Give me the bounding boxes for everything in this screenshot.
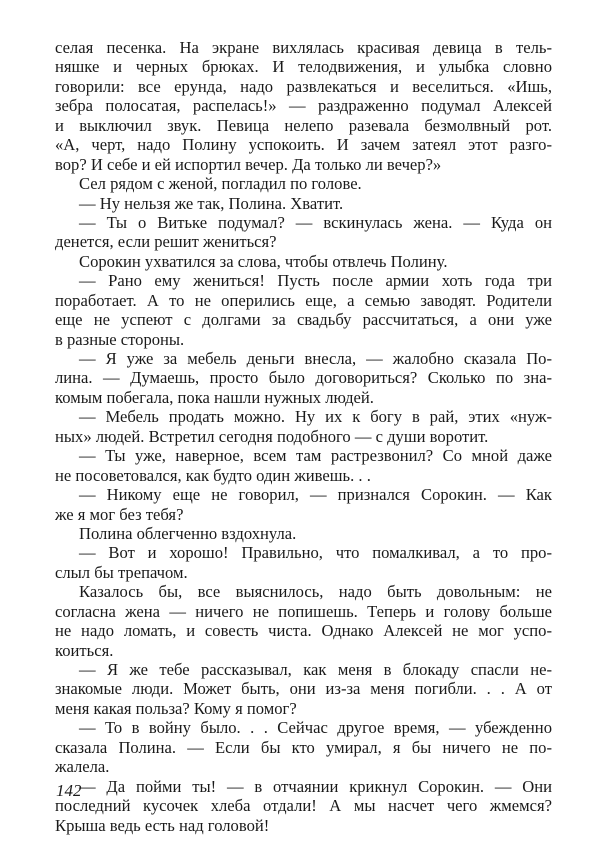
text-line: не надо ломать, и совесть чиста. Однако … <box>55 621 552 640</box>
text-line: говорили: все ерунда, надо развлекаться … <box>55 77 552 96</box>
text-line: — То в войну было. . . Сейчас другое вре… <box>55 718 552 737</box>
text-line: Сорокин ухватился за слова, чтобы отвлеч… <box>55 252 552 271</box>
text-line: Казалось бы, все выяснилось, надо быть д… <box>55 582 552 601</box>
text-line: — Мебель продать можно. Ну их к богу в р… <box>55 407 552 426</box>
text-line: вор? И себе и ей испортил вечер. Да толь… <box>55 155 552 174</box>
text-line: зебра полосатая, распелась!» — раздражен… <box>55 96 552 115</box>
text-line: — Рано ему жениться! Пусть после армии х… <box>55 271 552 290</box>
page-number: 142 <box>56 781 82 801</box>
text-line: же я мог без тебя? <box>55 505 552 524</box>
text-line: согласна жена — ничего не попишешь. Тепе… <box>55 602 552 621</box>
text-line: няшке и черных брюках. И телодвижения, и… <box>55 57 552 76</box>
text-line: — Никому еще не говорил, — признался Сор… <box>55 485 552 504</box>
text-line: Крыша ведь есть над головой! <box>55 816 552 835</box>
text-line: меня какая польза? Кому я помог? <box>55 699 552 718</box>
text-line: еще не успеют с долгами за свадьбу рассч… <box>55 310 552 329</box>
text-line: — Ну нельзя же так, Полина. Хватит. <box>55 194 552 213</box>
text-line: Полина облегченно вздохнула. <box>55 524 552 543</box>
text-line: — Вот и хорошо! Правильно, что помалкива… <box>55 543 552 562</box>
text-line: слыл бы трепачом. <box>55 563 552 582</box>
text-line: Сел рядом с женой, погладил по голове. <box>55 174 552 193</box>
text-line: поработает. А то не оперились еще, а сем… <box>55 291 552 310</box>
text-line: в разные стороны. <box>55 330 552 349</box>
text-line: и выключил звук. Певица нелепо разевала … <box>55 116 552 135</box>
text-line: не посоветовался, как будто один живешь.… <box>55 466 552 485</box>
text-line: — Ты уже, наверное, всем там растрезвони… <box>55 446 552 465</box>
text-line: ных» людей. Встретил сегодня подобного —… <box>55 427 552 446</box>
text-line: коиться. <box>55 641 552 660</box>
text-line: знакомые люди. Может быть, они из-за мен… <box>55 679 552 698</box>
text-line: комым побегала, пока нашли нужных людей. <box>55 388 552 407</box>
text-line: лина. — Думаешь, просто было договоритьс… <box>55 368 552 387</box>
text-line: денется, если решит жениться? <box>55 232 552 251</box>
text-line: селая песенка. На экране вихлялась краси… <box>55 38 552 57</box>
text-line: — Я уже за мебель деньги внесла, — жалоб… <box>55 349 552 368</box>
text-line: сказала Полина. — Если бы кто умирал, я … <box>55 738 552 757</box>
text-line: — Да пойми ты! — в отчаянии крикнул Соро… <box>55 777 552 796</box>
book-page-text: селая песенка. На экране вихлялась краси… <box>55 38 552 835</box>
text-line: жалела. <box>55 757 552 776</box>
text-line: последний кусочек хлеба отдали! А мы нас… <box>55 796 552 815</box>
text-line: — Я же тебе рассказывал, как меня в блок… <box>55 660 552 679</box>
text-line: «А, черт, надо Полину успокоить. И зачем… <box>55 135 552 154</box>
text-line: — Ты о Витьке подумал? — вскинулась жена… <box>55 213 552 232</box>
